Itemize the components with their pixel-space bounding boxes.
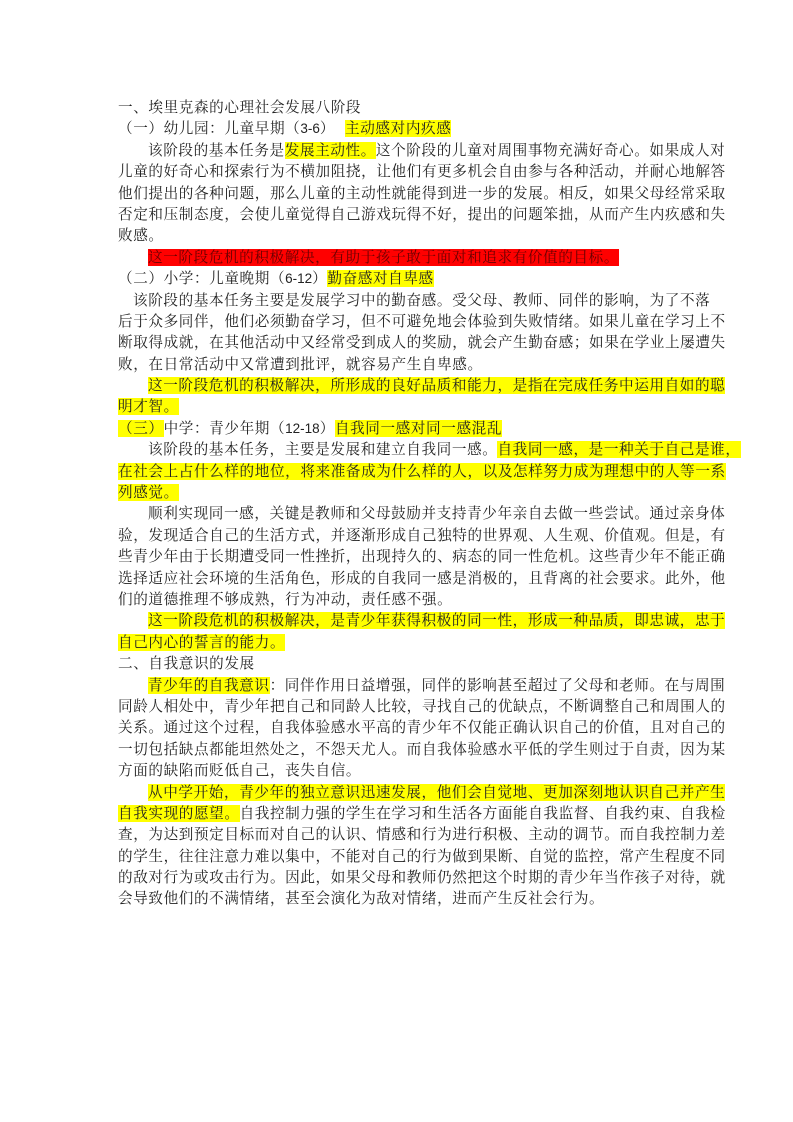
paragraph-line: 顺利实现同一感，关键是教师和父母鼓励并支持青少年亲自去做一些尝试。通过亲身体 [118,503,678,524]
highlighted-text: 在社会上占什么样的地位，将来准备成为什么样的人，以及怎样努力成为理想中的人等一系 [118,463,726,480]
stage-heading-3: （三）中学：青少年期（12-18）自我同一感对同一感混乱 [118,418,678,439]
paragraph-line: 从中学开始，青少年的独立意识迅速发展，他们会自觉地、更加深刻地认识自己并产生 [118,782,678,803]
paragraph-line: 验，发现适合自己的生活方式，并逐渐形成自己独特的世界观、人生观、价值观。但是，有 [118,525,678,546]
section-title: 二、自我意识的发展 [118,653,678,674]
paragraph-line: 断取得成就，在其他活动中又经常受到成人的奖励，就会产生勤奋感；如果在学业上屡遭失 [118,332,678,353]
paragraph-line: 败，在日常活动中又常遭到批评，就容易产生自卑感。 [118,354,678,375]
text: 这个阶段的儿童对周围事物充满好奇心。如果成人对 [376,142,725,159]
red-highlighted-text: 这一阶段危机的积极解决，有助于孩子敢于面对和追求有价值的目标。 [148,249,619,266]
paragraph-line: 青少年的自我意识：同伴作用日益增强，同伴的影响甚至超过了父母和老师。在与周围 [118,675,678,696]
highlighted-text: 自我实现的愿望。 [118,805,240,822]
highlighted-text: 自我同一感，是一种关于自己是谁， [497,441,740,458]
paragraph-line: 查，为达到预定目标而对自己的认识、情感和行为进行积极、主动的调节。而自我控制力差 [118,824,678,845]
heading-text: 中学：青少年期（ [164,420,286,437]
text: 自我控制力强的学生在学习和生活各方面能自我监督、自我约束、自我检 [240,805,726,822]
highlighted-stage-name: 勤奋感对自卑感 [327,270,433,287]
stage-heading-2: （二）小学：儿童晚期（6-12）勤奋感对自卑感 [118,268,678,289]
paragraph-line: 方面的缺陷而贬低自己，丧失自信。 [118,760,678,781]
paragraph-line: 这一阶段危机的积极解决，所形成的良好品质和能力，是指在完成任务中运用自如的聪 [118,375,678,396]
paragraph-line: 会导致他们的不满情绪，甚至会演化为敌对情绪，进而产生反社会行为。 [118,888,678,909]
red-highlight-note: 这一阶段危机的积极解决，有助于孩子敢于面对和追求有价值的目标。 [118,247,678,268]
heading-text: ） [312,270,327,287]
highlighted-text: 这一阶段危机的积极解决，所形成的良好品质和能力，是指在完成任务中运用自如的聪 [148,377,725,394]
paragraph-line: 选择适应社会环境的生活角色，形成的自我同一感是消极的，且背离的社会要求。此外，他 [118,568,678,589]
highlighted-text: 自己内心的誓言的能力。 [118,634,285,651]
highlighted-heading-prefix: （三） [118,420,164,437]
age-range: 3-6 [300,121,320,136]
heading-text: ） [320,420,335,437]
paragraph-line: 列感觉。 [118,482,678,503]
paragraph-line: 些青少年由于长期遭受同一性挫折，出现持久的、病态的同一性危机。这些青少年不能正确 [118,546,678,567]
highlighted-text: 青少年的自我意识 [148,677,270,694]
heading-text: ） [320,120,335,137]
highlighted-text: 发展主动性。 [285,142,376,159]
paragraph-line: 败感。 [118,225,678,246]
heading-text: （一）幼儿园：儿童早期（ [118,120,300,137]
paragraph-line: 该阶段的基本任务是发展主动性。这个阶段的儿童对周围事物充满好奇心。如果成人对 [118,140,678,161]
document-page: 一、埃里克森的心理社会发展八阶段 （一）幼儿园：儿童早期（3-6）主动感对内疚感… [118,97,678,910]
text: 该阶段的基本任务是 [148,142,285,159]
highlighted-stage-name: 主动感对内疚感 [345,120,451,137]
paragraph-line: 他们提出的各种问题，那么儿童的主动性就能得到进一步的发展。相反，如果父母经常采取 [118,183,678,204]
paragraph-line: 自我实现的愿望。自我控制力强的学生在学习和生活各方面能自我监督、自我约束、自我检 [118,803,678,824]
paragraph-line: 该阶段的基本任务主要是发展学习中的勤奋感。受父母、教师、同伴的影响，为了不落 [118,290,678,311]
text: ：同伴作用日益增强，同伴的影响甚至超过了父母和老师。在与周围 [270,677,726,694]
age-range: 6-12 [285,271,312,286]
highlighted-text: 这一阶段危机的积极解决，是青少年获得积极的同一性，形成一种品质，即忠诚，忠于 [148,612,725,629]
paragraph-line: 明才智。 [118,396,678,417]
highlighted-text: 从中学开始，青少年的独立意识迅速发展，他们会自觉地、更加深刻地认识自己并产生 [148,784,725,801]
heading-text: （二）小学：儿童晚期（ [118,270,285,287]
paragraph-line: 儿童的好奇心和探索行为不横加阻挠，让他们有更多机会自由参与各种活动，并耐心地解答 [118,161,678,182]
highlighted-stage-name: 自我同一感对同一感混乱 [335,420,502,437]
section-title: 一、埃里克森的心理社会发展八阶段 [118,97,678,118]
paragraph-line: 自己内心的誓言的能力。 [118,632,678,653]
paragraph-line: 后于众多同伴，他们必须勤奋学习，但不可避免地会体验到失败情绪。如果儿童在学习上不 [118,311,678,332]
text: 该阶段的基本任务，主要是发展和建立自我同一感。 [148,441,497,458]
age-range: 12-18 [285,421,320,436]
paragraph-line: 们的道德推理不够成熟，行为冲动，责任感不强。 [118,589,678,610]
paragraph-line: 关系。通过这个过程，自我体验感水平高的青少年不仅能正确认识自己的价值，且对自己的 [118,717,678,738]
paragraph-line: 在社会上占什么样的地位，将来准备成为什么样的人，以及怎样努力成为理想中的人等一系 [118,461,678,482]
paragraph-line: 这一阶段危机的积极解决，是青少年获得积极的同一性，形成一种品质，即忠诚，忠于 [118,610,678,631]
paragraph-line: 的学生，往往注意力难以集中，不能对自己的行为做到果断、自觉的监控，常产生程度不同 [118,846,678,867]
paragraph-line: 一切包括缺点都能坦然处之，不怨天尤人。而自我体验感水平低的学生则过于自责，因为某 [118,739,678,760]
paragraph-line: 该阶段的基本任务，主要是发展和建立自我同一感。自我同一感，是一种关于自己是谁， [118,439,678,460]
highlighted-text: 明才智。 [118,398,179,415]
paragraph-line: 同龄人相处中，青少年把自己和同龄人比较，寻找自己的优缺点，不断调整自己和周围人的 [118,696,678,717]
stage-heading-1: （一）幼儿园：儿童早期（3-6）主动感对内疚感 [118,118,678,139]
highlighted-text: 列感觉。 [118,484,179,501]
paragraph-line: 否定和压制态度，会使儿童觉得自己游戏玩得不好，提出的问题笨拙，从而产生内疚感和失 [118,204,678,225]
paragraph-line: 的敌对行为或攻击行为。因此，如果父母和教师仍然把这个时期的青少年当作孩子对待，就 [118,867,678,888]
